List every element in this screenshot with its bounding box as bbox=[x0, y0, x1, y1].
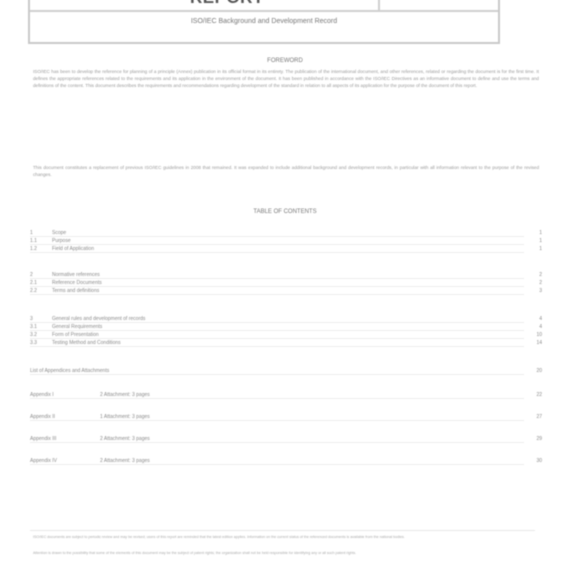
toc-heading: TABLE OF CONTENTS bbox=[0, 209, 570, 215]
toc-number: 2.2 bbox=[30, 288, 37, 294]
toc-number: 2.1 bbox=[30, 280, 37, 286]
toc-entry[interactable]: 3.1General Requirements4 bbox=[30, 324, 542, 332]
toc-page-number: 30 bbox=[536, 458, 542, 464]
toc-page-number: 22 bbox=[536, 392, 542, 398]
foreword-paragraph: This document constitutes a replacement … bbox=[33, 164, 539, 178]
toc-leader bbox=[30, 442, 524, 443]
toc-leader bbox=[30, 398, 524, 399]
toc-leader bbox=[30, 294, 524, 295]
toc-leader bbox=[30, 420, 524, 421]
toc-leader bbox=[30, 338, 524, 339]
toc-entry-appendix[interactable]: Appendix III2 Attachment: 3 pages29 bbox=[30, 436, 542, 444]
foreword-paragraph: ISO/IEC has been to develop the referenc… bbox=[33, 68, 539, 89]
toc-title: 2 Attachment: 3 pages bbox=[100, 392, 150, 398]
toc-title: Normative references bbox=[52, 272, 100, 278]
footer-divider bbox=[30, 530, 535, 531]
footnote: Attention is drawn to the possibility th… bbox=[33, 551, 539, 556]
header-divider bbox=[378, 0, 380, 10]
toc-page-number: 29 bbox=[536, 436, 542, 442]
toc-number: 3.2 bbox=[30, 332, 37, 338]
toc-leader bbox=[30, 464, 524, 465]
toc-title: Scope bbox=[52, 230, 66, 236]
toc-title: Terms and definitions bbox=[52, 288, 99, 294]
toc-page-number: 1 bbox=[539, 238, 542, 244]
toc-title: 1 Attachment: 3 pages bbox=[100, 414, 150, 420]
toc-number: Appendix I bbox=[30, 392, 54, 398]
toc-number: 2 bbox=[30, 272, 33, 278]
foreword-heading: FOREWORD bbox=[0, 58, 570, 64]
toc-page-number: 1 bbox=[539, 246, 542, 252]
toc-number: Appendix III bbox=[30, 436, 56, 442]
toc-leader bbox=[30, 346, 524, 347]
report-subtitle: ISO/IEC Background and Development Recor… bbox=[30, 18, 498, 25]
toc-entry-appendix[interactable]: Appendix II1 Attachment: 3 pages27 bbox=[30, 414, 542, 422]
toc-title: Field of Application bbox=[52, 246, 94, 252]
toc-entry-appendix[interactable]: Appendix IV2 Attachment: 3 pages30 bbox=[30, 458, 542, 466]
toc-leader bbox=[30, 330, 524, 331]
toc-entry[interactable]: 3.3Testing Method and Conditions14 bbox=[30, 340, 542, 348]
document-page: REPORT ISO/IEC Background and Developmen… bbox=[0, 0, 570, 570]
toc-leader bbox=[30, 278, 524, 279]
toc-title: General Requirements bbox=[52, 324, 102, 330]
toc-leader bbox=[30, 286, 524, 287]
toc-page-number: 2 bbox=[539, 272, 542, 278]
toc-page-number: 1 bbox=[539, 230, 542, 236]
footnote: ISO/IEC documents are subject to periodi… bbox=[33, 535, 539, 540]
toc-leader bbox=[30, 322, 524, 323]
toc-entry[interactable]: 2Normative references2 bbox=[30, 272, 542, 280]
toc-number: 3.3 bbox=[30, 340, 37, 346]
toc-number: 3.1 bbox=[30, 324, 37, 330]
toc-entry[interactable]: 1Scope1 bbox=[30, 230, 542, 238]
toc-page-number: 4 bbox=[539, 316, 542, 322]
toc-entry[interactable]: 2.2Terms and definitions3 bbox=[30, 288, 542, 296]
report-title: REPORT bbox=[190, 0, 264, 8]
toc-entry[interactable]: 2.1Reference Documents2 bbox=[30, 280, 542, 288]
toc-entry[interactable]: 1.2Field of Application1 bbox=[30, 246, 542, 254]
toc-number: 1 bbox=[30, 230, 33, 236]
toc-page-number: 20 bbox=[536, 368, 542, 374]
toc-page-number: 2 bbox=[539, 280, 542, 286]
toc-leader bbox=[30, 252, 524, 253]
toc-number: 1.2 bbox=[30, 246, 37, 252]
toc-title: Purpose bbox=[52, 238, 71, 244]
toc-entry[interactable]: 3General rules and development of record… bbox=[30, 316, 542, 324]
toc-title: List of Appendices and Attachments bbox=[30, 368, 109, 374]
toc-leader bbox=[30, 236, 524, 237]
toc-page-number: 27 bbox=[536, 414, 542, 420]
toc-entry-appendix-list[interactable]: List of Appendices and Attachments20 bbox=[30, 368, 542, 376]
toc-entry-appendix[interactable]: Appendix I2 Attachment: 3 pages22 bbox=[30, 392, 542, 400]
toc-title: Testing Method and Conditions bbox=[52, 340, 121, 346]
toc-leader bbox=[30, 374, 524, 375]
toc-title: Reference Documents bbox=[52, 280, 102, 286]
toc-title: 2 Attachment: 3 pages bbox=[100, 436, 150, 442]
toc-number: Appendix II bbox=[30, 414, 55, 420]
toc-title: Form of Presentation bbox=[52, 332, 99, 338]
toc-entry[interactable]: 3.2Form of Presentation10 bbox=[30, 332, 542, 340]
toc-number: 3 bbox=[30, 316, 33, 322]
toc-page-number: 10 bbox=[536, 332, 542, 338]
toc-page-number: 4 bbox=[539, 324, 542, 330]
toc-number: 1.1 bbox=[30, 238, 37, 244]
toc-title: 2 Attachment: 3 pages bbox=[100, 458, 150, 464]
toc-title: General rules and development of records bbox=[52, 316, 145, 322]
toc-page-number: 3 bbox=[539, 288, 542, 294]
toc-leader bbox=[30, 244, 524, 245]
toc-entry[interactable]: 1.1Purpose1 bbox=[30, 238, 542, 246]
toc-number: Appendix IV bbox=[30, 458, 57, 464]
header-top-band bbox=[30, 0, 498, 12]
toc-page-number: 14 bbox=[536, 340, 542, 346]
report-header-box: REPORT ISO/IEC Background and Developmen… bbox=[28, 0, 500, 44]
